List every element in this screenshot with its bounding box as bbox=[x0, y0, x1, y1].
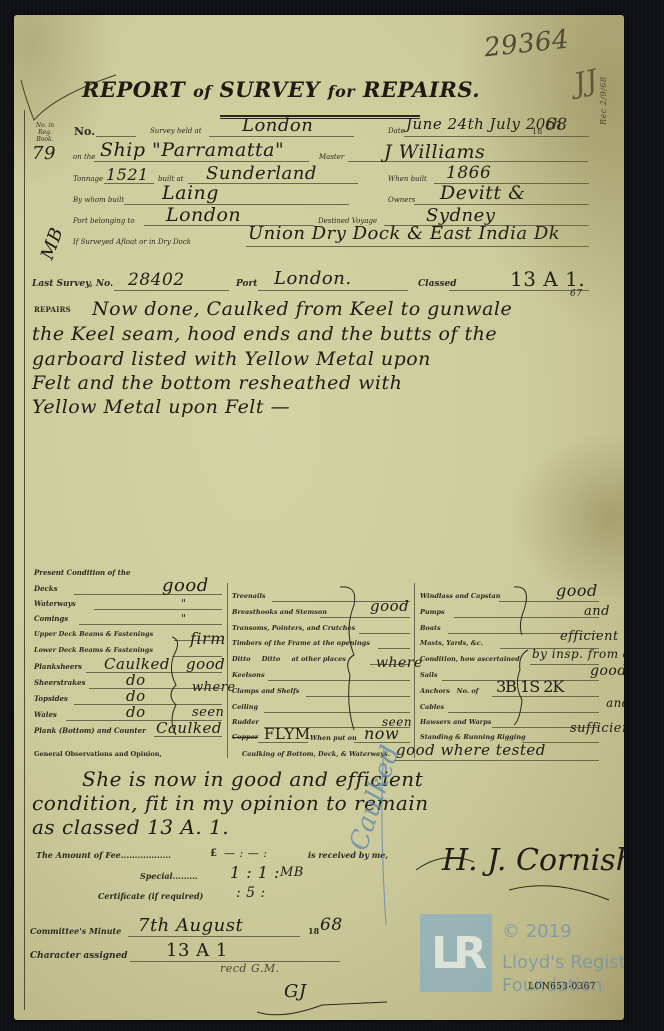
title-repairs: REPAIRS. bbox=[363, 77, 480, 102]
last-survey-label: Last Survey, No. bbox=[32, 279, 113, 289]
windlass-capstan-label: Windlass and Capstan bbox=[420, 592, 500, 600]
watermark-org-line1: Lloyd's Register bbox=[502, 952, 624, 973]
topsides-value-2: where bbox=[192, 680, 236, 695]
committee-minute-label: Committee's Minute bbox=[30, 926, 121, 936]
copper-value: FLYM bbox=[264, 725, 311, 743]
committee-year-prefix: 18 bbox=[308, 926, 319, 936]
built-at-value: Sunderland bbox=[206, 163, 317, 184]
condition-ascertained-label: Condition, how ascertained bbox=[420, 655, 520, 663]
cables-value: and bbox=[606, 696, 624, 710]
rigging-value: sufficient bbox=[570, 721, 624, 736]
title-for: for bbox=[328, 82, 355, 101]
character-assigned-label: Character assigned bbox=[30, 951, 128, 961]
master-value: J Williams bbox=[384, 141, 485, 163]
classed-value: 13 A 1. bbox=[510, 267, 585, 291]
tonnage-label: Tonnage bbox=[73, 175, 103, 183]
title-of: of bbox=[193, 82, 212, 101]
ship-name-value: Ship "Parramatta" bbox=[100, 139, 284, 161]
sails-value: good bbox=[590, 663, 624, 679]
brace-icon bbox=[510, 585, 540, 735]
brace-icon bbox=[336, 585, 366, 735]
classed-note: 67 bbox=[570, 289, 582, 299]
character-assigned-value: 13 A 1 bbox=[166, 940, 228, 961]
year-prefix: 18 bbox=[532, 127, 542, 136]
rudder-label: Rudder bbox=[232, 718, 259, 726]
wales-value-2: seen bbox=[192, 705, 224, 720]
waterways-label: Waterways bbox=[34, 599, 76, 608]
left-initials: MB bbox=[37, 225, 68, 263]
special-label: Special......... bbox=[140, 871, 198, 881]
treenails-label: Treenails bbox=[232, 592, 266, 600]
repairs-line-5: Yellow Metal upon Felt — bbox=[32, 396, 290, 418]
when-built-value: 1866 bbox=[446, 163, 491, 183]
wales-value: do bbox=[126, 703, 146, 721]
no-label: No. bbox=[74, 125, 95, 138]
flourish-icon bbox=[252, 990, 392, 1020]
lr-logo: LR bbox=[420, 914, 492, 992]
afloat-or-dry-dock-value: Union Dry Dock & East India Dk bbox=[248, 223, 560, 244]
page-title: REPORT of SURVEY for REPAIRS. bbox=[82, 77, 480, 102]
side-note: Rec 2/9/68 bbox=[599, 76, 608, 125]
timbers-other-places-value: where bbox=[376, 655, 423, 671]
comings-value: " bbox=[181, 612, 187, 625]
owners-value: Devitt & bbox=[440, 182, 526, 204]
survey-held-value: London bbox=[242, 115, 313, 136]
top-initials: JJ bbox=[571, 63, 601, 100]
document-id: LON653-0367 bbox=[528, 982, 596, 992]
title-report: REPORT bbox=[82, 77, 185, 102]
masts-yards-label: Masts, Yards, &c. bbox=[420, 639, 483, 647]
amount-value: — : — : bbox=[224, 847, 267, 860]
beams-fastenings-value: firm bbox=[190, 629, 226, 648]
ceiling-label: Ceiling bbox=[232, 703, 258, 711]
waterways-value: " bbox=[181, 597, 187, 610]
year-value: 68 bbox=[545, 115, 568, 135]
committee-minute-value: 7th August bbox=[138, 915, 243, 936]
planksheers-label: Planksheers bbox=[34, 662, 82, 671]
fee-initials: MB bbox=[280, 865, 304, 880]
copper-label: Copper bbox=[232, 733, 258, 741]
certificate-label: Certificate (if required) bbox=[98, 891, 203, 901]
repairs-line-4: Felt and the bottom resheathed with bbox=[32, 372, 402, 394]
watermark-copyright: © 2019 bbox=[502, 921, 572, 942]
windlass-capstan-value: good bbox=[556, 581, 598, 600]
survey-held-label: Survey held at bbox=[150, 127, 202, 135]
committee-year-value: 68 bbox=[320, 915, 343, 935]
breasthooks-value: good bbox=[370, 597, 409, 615]
title-survey: SURVEY bbox=[219, 77, 319, 102]
condition-heading: Present Condition of the bbox=[34, 568, 130, 577]
upper-deck-beams-label: Upper Deck Beams & Fastenings bbox=[34, 630, 153, 638]
hawsers-warps-label: Hawsers and Warps bbox=[420, 718, 491, 726]
last-survey-port-value: London. bbox=[274, 268, 352, 289]
general-observations-label: General Observations and Opinion, bbox=[34, 750, 162, 758]
certificate-value: : 5 : bbox=[236, 885, 266, 901]
timbers-other-places-label: Ditto Ditto at other places bbox=[232, 655, 346, 663]
special-value: 1 : 1 : bbox=[230, 863, 280, 882]
breasthooks-label: Breasthooks and Stemson bbox=[232, 608, 327, 616]
decks-value: good bbox=[162, 575, 209, 596]
pumps-label: Pumps bbox=[420, 608, 445, 616]
pound-sign: £ bbox=[210, 848, 217, 859]
comings-label: Comings bbox=[34, 614, 68, 623]
repairs-label: REPAIRS bbox=[34, 305, 71, 314]
decks-label: Decks bbox=[34, 584, 58, 593]
on-the-label: on the bbox=[73, 153, 95, 161]
received-note: recd G.M. bbox=[220, 962, 280, 975]
afloat-or-dry-dock-label: If Surveyed Afloat or in Dry Dock bbox=[73, 238, 191, 246]
brace-icon bbox=[164, 635, 194, 740]
owners-label: Owners bbox=[388, 196, 415, 204]
port-belonging-label: Port belonging to bbox=[73, 217, 135, 225]
plank-bottom-counter-label: Plank (Bottom) and Counter bbox=[34, 726, 146, 735]
port-belonging-value: London bbox=[166, 204, 241, 226]
anchors-label: Anchors No. of bbox=[420, 687, 478, 695]
wales-label: Wales bbox=[34, 710, 57, 719]
last-survey-number: 28402 bbox=[128, 270, 185, 290]
sails-label: Sails bbox=[420, 671, 438, 679]
masts-yards-value: efficient bbox=[560, 629, 619, 644]
observation-line-3: as classed 13 A. 1. bbox=[32, 815, 229, 839]
cables-label: Cables bbox=[420, 703, 444, 711]
by-whom-built-label: By whom built bbox=[73, 196, 124, 204]
date-label: Date bbox=[388, 127, 405, 135]
sheerstrakes-label: Sheerstrakes bbox=[34, 678, 85, 687]
when-built-label: When built bbox=[388, 175, 427, 183]
master-label: Master bbox=[319, 153, 344, 161]
survey-report-page: 29364 JJ Rec 2/9/68 REPORT of SURVEY for… bbox=[14, 15, 624, 1020]
when-put-on-label: When put on bbox=[310, 734, 357, 742]
by-whom-built-value: Laing bbox=[162, 182, 219, 204]
margin-line bbox=[24, 110, 25, 1010]
condition-ascertained-value: by insp. from deck bbox=[532, 647, 624, 661]
clamps-shelfs-label: Clamps and Shelfs bbox=[232, 687, 299, 695]
repairs-line-1: Now done, Caulked from Keel to gunwale bbox=[92, 298, 512, 320]
reg-book-label: No. in Reg. Book. bbox=[30, 122, 60, 143]
tonnage-value: 1521 bbox=[106, 165, 149, 184]
reference-number: 29364 bbox=[483, 25, 571, 64]
lower-deck-beams-label: Lower Deck Beams & Fastenings bbox=[34, 646, 153, 654]
topsides-label: Topsides bbox=[34, 694, 68, 703]
boats-label: Boats bbox=[420, 624, 441, 632]
amount-of-fee-label: The Amount of Fee.................. bbox=[36, 850, 171, 860]
last-survey-port-label: Port bbox=[236, 279, 257, 289]
caulking-label: Caulking of Bottom, Deck, & Waterways. bbox=[242, 750, 390, 758]
repairs-line-2: the Keel seam, hood ends and the butts o… bbox=[32, 323, 497, 345]
reg-book-value: 79 bbox=[32, 143, 56, 164]
repairs-line-3: garboard listed with Yellow Metal upon bbox=[32, 348, 431, 370]
keelsons-label: Keelsons bbox=[232, 671, 265, 679]
classed-label: Classed bbox=[418, 279, 457, 289]
pumps-value: and bbox=[584, 604, 610, 619]
signature-flourish-icon bbox=[414, 850, 614, 910]
